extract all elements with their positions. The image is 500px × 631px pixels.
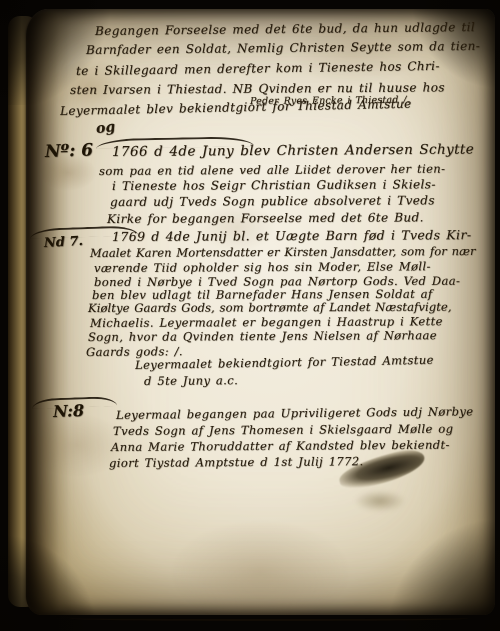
manuscript-line: 1766 d 4de Juny blev Christen Andersen S… (112, 141, 474, 160)
entry-number-8: N:8 (53, 401, 85, 421)
manuscript-line: værende Tiid opholder sig hos sin Moder,… (94, 259, 431, 275)
entry-number-6: Nº: 6 (45, 140, 94, 162)
ink-smudge (354, 490, 406, 512)
binding-shadow (26, 12, 70, 611)
manuscript-line: d 5te Juny a.c. (144, 373, 238, 388)
page-bottom-edge (70, 616, 468, 621)
pen-flourish: og (95, 119, 116, 137)
manuscript-line: Kirke for begangen Forseelse med det 6te… (107, 210, 424, 226)
manuscript-line: Maalet Karen Mortensdatter er Kirsten Ja… (90, 244, 476, 260)
manuscript-line: i Tieneste hos Seigr Christian Gudiksen … (112, 177, 436, 193)
manuscript-line: Kiøltye Gaards Gods, som bortrømte af La… (88, 300, 452, 315)
manuscript-line: 1769 d 4de Junij bl. et Uægte Barn fød i… (112, 227, 471, 244)
manuscript-line: som paa en tid alene ved alle Liidet der… (99, 162, 445, 178)
manuscript-line: Tveds Sogn af Jens Thomesen i Skielsgaar… (113, 422, 453, 438)
manuscript-line: giort Tiystad Amptstue d 1st Julij 1772. (109, 454, 364, 470)
manuscript-line: gaard udj Tveds Sogn publice absolveret … (110, 193, 435, 209)
manuscript-line: Sogn, hvor da Qvinden tiente Jens Nielse… (88, 328, 437, 344)
entry-number-7: Nd 7. (44, 234, 84, 251)
manuscript-photo: Begangen Forseelse med det 6te bud, da h… (0, 0, 500, 631)
